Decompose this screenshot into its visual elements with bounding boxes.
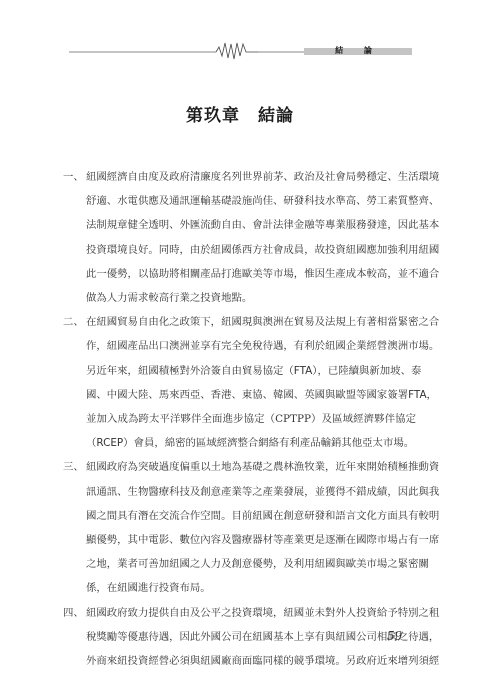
- text-line: 紐國政府為突破過度偏重以土地為基礎之農林漁牧業，近年來開始積極推動資: [86, 455, 416, 479]
- page-number: 59: [387, 629, 402, 643]
- text-line: 在紐國貿易自由化之政策下，紐國現與澳洲在貿易及法規上有著相當緊密之合: [86, 310, 416, 334]
- text-line: 法制規章健全透明、外匯流動自由、會計法律金融等專業服務發達，因此基本: [86, 213, 416, 237]
- text-line: 舒適、水電供應及通訊運輸基礎設施尚佳、研發科技水準高、勞工素質整齊、: [86, 189, 416, 213]
- text-line: 訊通訊、生物醫療科技及創意產業等之產業發展，並獲得不錯成績，因此與我: [86, 480, 416, 504]
- text-line: 投資環境良好。同時，由於紐國係西方社會成員，故投資紐國應加強利用紐國: [86, 238, 416, 262]
- item-number: 三、: [63, 455, 84, 479]
- chapter-number: 第玖章: [186, 106, 240, 126]
- item-number: 二、: [63, 310, 84, 334]
- section-tag: 結 論: [304, 48, 412, 55]
- chapter-name: 結論: [258, 106, 294, 126]
- text-line: 並加入成為跨太平洋夥伴全面進步協定（CPTPP）及區域經濟夥伴協定: [86, 407, 416, 431]
- list-item: 二、 在紐國貿易自由化之政策下，紐國現與澳洲在貿易及法規上有著相當緊密之合 作，…: [66, 310, 416, 455]
- conclusion-body: 一、 紐國經濟自由度及政府清廉度名列世界前茅、政治及社會局勢穩定、生活環境 舒適…: [66, 165, 416, 673]
- item-number: 一、: [63, 165, 84, 189]
- section-tag-label: 結 論: [304, 45, 412, 57]
- text-line: 此一優勢，以協助將相關產品打進歐美等市場，惟因生產成本較高，並不適合: [86, 262, 416, 286]
- chapter-title: 第玖章結論: [0, 101, 480, 126]
- text-line: 國、中國大陸、馬來西亞、香港、東協、韓國、英國與歐盟等國家簽署FTA，: [86, 383, 416, 407]
- text-line: 係，在紐國進行投資布局。: [86, 576, 416, 600]
- text-line: 國之間具有潛在交流合作空間。目前紐國在創意研發和語言文化方面具有較明: [86, 504, 416, 528]
- text-line: 外商來紐投資經營必須與紐國廠商面臨同樣的競爭環境。另政府近來增列須經: [86, 649, 416, 673]
- text-line: 紐國政府致力提供自由及公平之投資環境，紐國並未對外人投資給予特別之租: [86, 601, 416, 625]
- list-item: 三、 紐國政府為突破過度偏重以土地為基礎之農林漁牧業，近年來開始積極推動資 訊通…: [66, 455, 416, 600]
- text-line: 另近年來，紐國積極對外洽簽自由貿易協定（FTA），已陸續與新加坡、泰: [86, 359, 416, 383]
- text-line: 稅獎勵等優惠待遇，因此外國公司在紐國基本上享有與紐國公司相同之待遇，: [86, 625, 416, 649]
- text-line: 之地，業者可善加紐國之人力及創意優勢，及利用紐國與歐美市場之緊密關: [86, 552, 416, 576]
- text-line: 顯優勢，其中電影、數位內容及醫療器材等產業更是逐漸在國際市場占有一席: [86, 528, 416, 552]
- text-line: 做為人力需求較高行業之投資地點。: [86, 286, 416, 310]
- text-line: 作，紐國產品出口澳洲並享有完全免稅待遇，有利於紐國企業經營澳洲市場。: [86, 334, 416, 358]
- text-line: （RCEP）會員，綿密的區域經濟整合網絡有利產品輸銷其他亞太市場。: [86, 431, 416, 455]
- text-line: 紐國經濟自由度及政府清廉度名列世界前茅、政治及社會局勢穩定、生活環境: [86, 165, 416, 189]
- item-number: 四、: [63, 601, 84, 625]
- list-item: 一、 紐國經濟自由度及政府清廉度名列世界前茅、政治及社會局勢穩定、生活環境 舒適…: [66, 165, 416, 310]
- running-header: 結 論: [68, 38, 414, 62]
- list-item: 四、 紐國政府致力提供自由及公平之投資環境，紐國並未對外人投資給予特別之租 稅獎…: [66, 601, 416, 674]
